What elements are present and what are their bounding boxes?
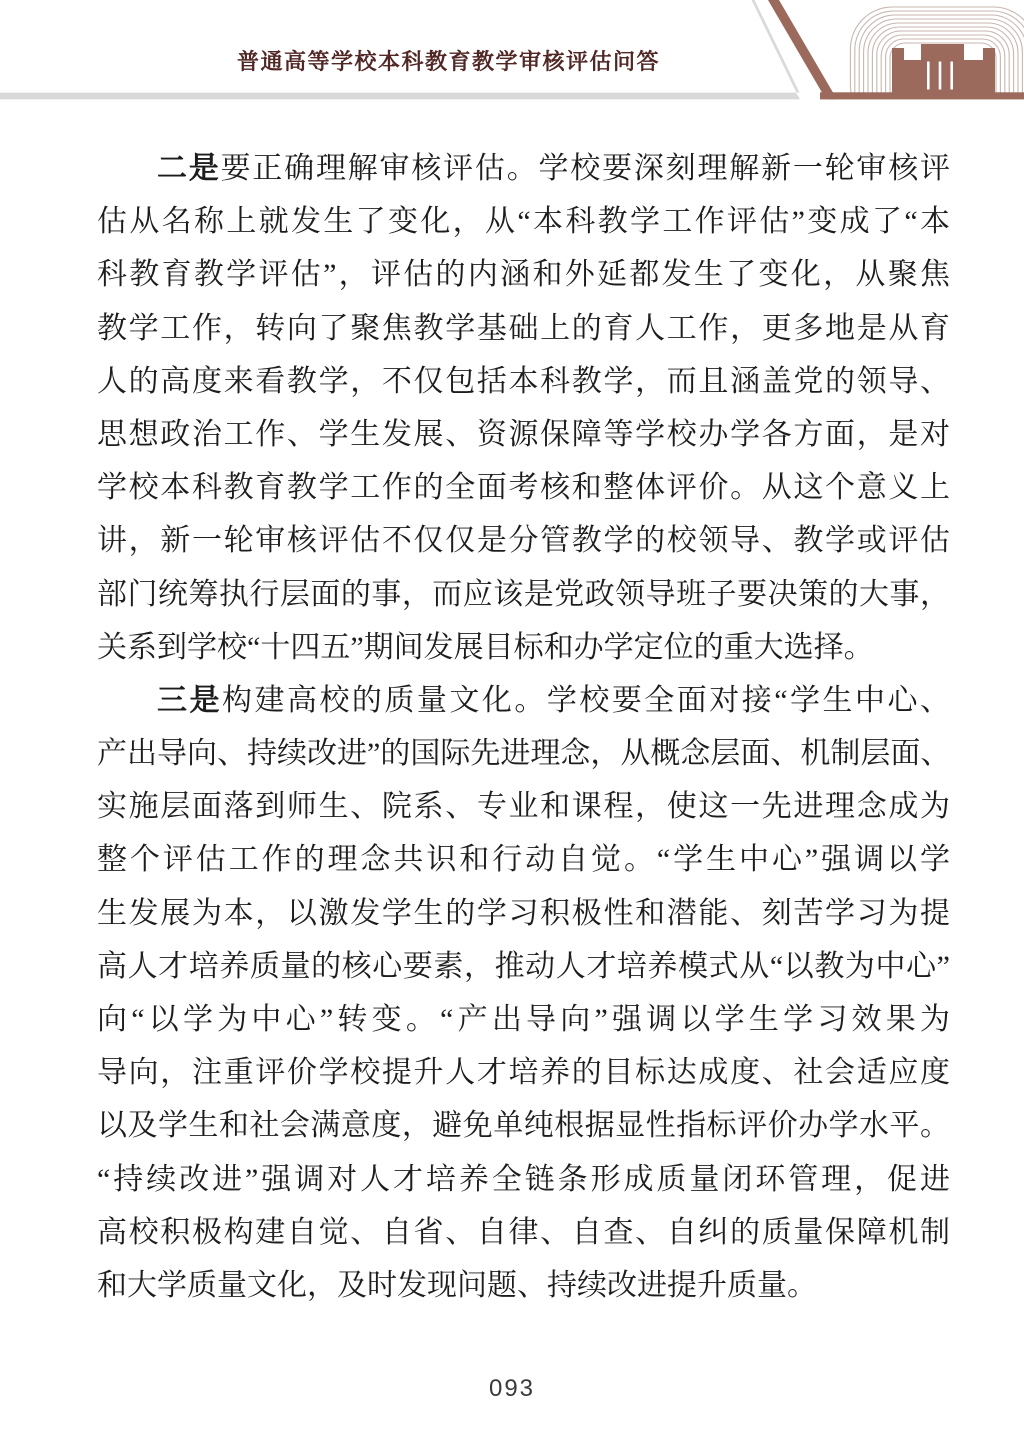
text-line: 部门统筹执行层面的事，而应该是党政领导班子要决策的大事， [97, 568, 950, 621]
body-text: 二是要正确理解审核评估。学校要深刻理解新一轮审核评估从名称上就发生了变化，从“本… [97, 142, 950, 1312]
running-title: 普通高等学校本科教育教学审核评估问答 [237, 45, 660, 76]
header-diagonal-thin [752, 0, 800, 93]
text-line: 估从名称上就发生了变化，从“本科教学工作评估”变成了“本 [97, 195, 950, 248]
text-line: 生发展为本，以激发学生的学习积极性和潜能、刻苦学习为提 [97, 887, 950, 940]
text-line: 教学工作，转向了聚焦教学基础上的育人工作，更多地是从育 [97, 302, 950, 355]
header-rule-gray [0, 93, 800, 100]
text-line: 整个评估工作的理念共识和行动自觉。“学生中心”强调以学 [97, 833, 950, 886]
university-gate-icon [892, 44, 995, 93]
text-line: 二是要正确理解审核评估。学校要深刻理解新一轮审核评 [97, 142, 950, 195]
text-line: 和大学质量文化，及时发现问题、持续改进提升质量。 [97, 1259, 950, 1312]
text-line: 高人才培养质量的核心要素，推动人才培养模式从“以教为中心” [97, 940, 950, 993]
paragraph-lead: 二是 [157, 152, 221, 185]
text-line: 导向，注重评价学校提升人才培养的目标达成度、社会适应度 [97, 1046, 950, 1099]
text-line: 关系到学校“十四五”期间发展目标和办学定位的重大选择。 [97, 621, 950, 674]
text-line: “持续改进”强调对人才培养全链条形成质量闭环管理，促进 [97, 1153, 950, 1206]
page-number: 093 [0, 1375, 1024, 1403]
text-line: 实施层面落到师生、院系、专业和课程，使这一先进理念成为 [97, 780, 950, 833]
text-line: 产出导向、持续改进”的国际先进理念，从概念层面、机制层面、 [97, 727, 950, 780]
text-line: 讲，新一轮审核评估不仅仅是分管教学的校领导、教学或评估 [97, 514, 950, 567]
text-line: 学校本科教育教学工作的全面考核和整体评价。从这个意义上 [97, 461, 950, 514]
text-line: 向“以学为中心”转变。“产出导向”强调以学生学习效果为 [97, 993, 950, 1046]
text-line: 三是构建高校的质量文化。学校要全面对接“学生中心、 [97, 674, 950, 727]
text-line: 思想政治工作、学生发展、资源保障等学校办学各方面，是对 [97, 408, 950, 461]
text-line: 高校积极构建自觉、自省、自律、自查、自纠的质量保障机制 [97, 1206, 950, 1259]
book-page: 普通高等学校本科教育教学审核评估问答 二是要正确理解审核评估。学校要深刻理解新一… [0, 0, 1024, 1453]
text-line: 科教育教学评估”，评估的内涵和外延都发生了变化，从聚焦 [97, 248, 950, 301]
text-line: 人的高度来看教学，不仅包括本科教学，而且涵盖党的领导、 [97, 355, 950, 408]
header-rule-accent [820, 92, 1024, 99]
paragraph-lead: 三是 [157, 684, 222, 717]
text-line: 以及学生和社会满意度，避免单纯根据显性指标评价办学水平。 [97, 1099, 950, 1152]
